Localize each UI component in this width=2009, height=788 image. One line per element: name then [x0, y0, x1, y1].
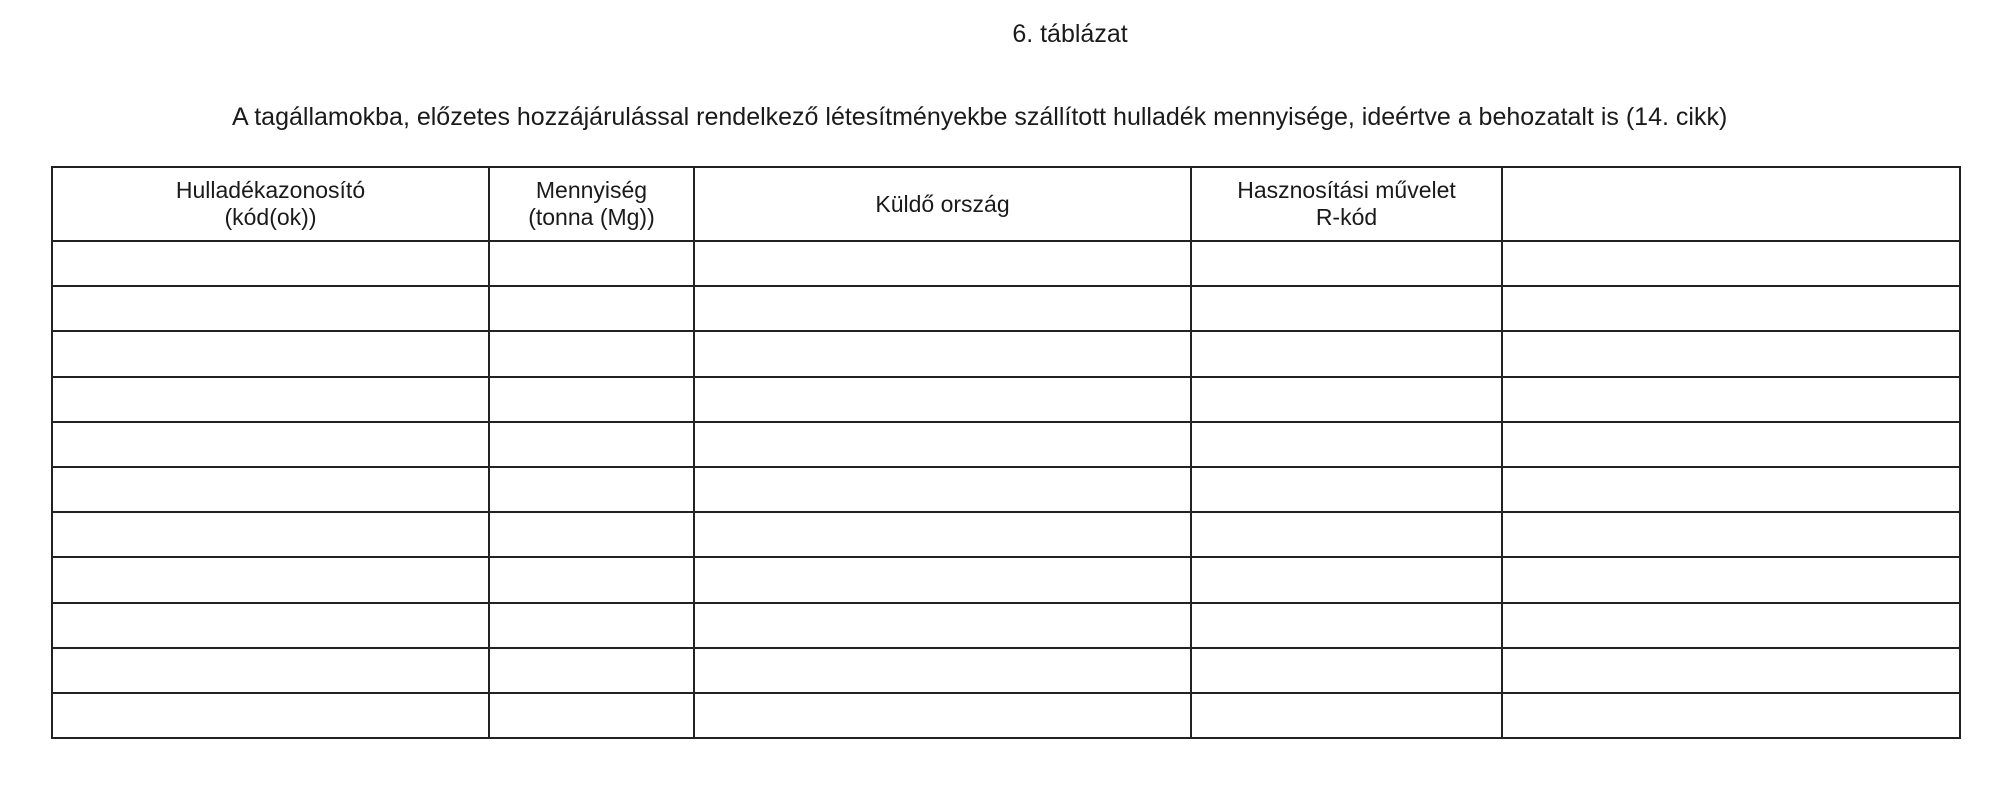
- table-cell[interactable]: [52, 512, 489, 557]
- table-cell[interactable]: [1502, 422, 1960, 467]
- table-cell[interactable]: [52, 648, 489, 693]
- table-row: [52, 512, 1960, 557]
- table-row: [52, 648, 1960, 693]
- table-cell[interactable]: [1502, 557, 1960, 602]
- table-cell[interactable]: [1191, 603, 1502, 648]
- table-row: [52, 286, 1960, 331]
- table-cell[interactable]: [52, 467, 489, 512]
- table-cell[interactable]: [1502, 377, 1960, 422]
- table-cell[interactable]: [1191, 286, 1502, 331]
- table-cell[interactable]: [52, 241, 489, 286]
- table-title: 6. táblázat: [0, 19, 2009, 49]
- header-sending-country: Küldő ország: [694, 167, 1191, 241]
- table-cell[interactable]: [52, 422, 489, 467]
- table-cell[interactable]: [694, 603, 1191, 648]
- table-cell[interactable]: [489, 286, 694, 331]
- table-cell[interactable]: [489, 241, 694, 286]
- table-cell[interactable]: [1191, 331, 1502, 376]
- table-cell[interactable]: [1502, 467, 1960, 512]
- table-cell[interactable]: [52, 377, 489, 422]
- table-cell[interactable]: [694, 467, 1191, 512]
- table-header-row: Hulladékazonosító (kód(ok)) Mennyiség (t…: [52, 167, 1960, 241]
- table-row: [52, 422, 1960, 467]
- header-quantity: Mennyiség (tonna (Mg)): [489, 167, 694, 241]
- table-cell[interactable]: [1191, 422, 1502, 467]
- table-cell[interactable]: [1502, 286, 1960, 331]
- table-cell[interactable]: [489, 603, 694, 648]
- header-waste-code: Hulladékazonosító (kód(ok)): [52, 167, 489, 241]
- waste-shipment-table: Hulladékazonosító (kód(ok)) Mennyiség (t…: [51, 166, 1961, 739]
- table-cell[interactable]: [489, 512, 694, 557]
- table-caption: A tagállamokba, előzetes hozzájárulással…: [232, 102, 1727, 132]
- table-cell[interactable]: [694, 377, 1191, 422]
- table-cell[interactable]: [694, 693, 1191, 738]
- table-cell[interactable]: [52, 693, 489, 738]
- table-cell[interactable]: [489, 557, 694, 602]
- table-cell[interactable]: [1502, 331, 1960, 376]
- table-cell[interactable]: [1191, 241, 1502, 286]
- table-cell[interactable]: [694, 648, 1191, 693]
- table-row: [52, 603, 1960, 648]
- table-cell[interactable]: [489, 377, 694, 422]
- table-cell[interactable]: [52, 286, 489, 331]
- table-cell[interactable]: [489, 331, 694, 376]
- table-cell[interactable]: [694, 286, 1191, 331]
- table-cell[interactable]: [694, 241, 1191, 286]
- table-cell[interactable]: [489, 422, 694, 467]
- table-cell[interactable]: [1191, 557, 1502, 602]
- table-cell[interactable]: [694, 331, 1191, 376]
- table-row: [52, 557, 1960, 602]
- table-cell[interactable]: [1502, 693, 1960, 738]
- table-body: [52, 241, 1960, 738]
- header-blank: [1502, 167, 1960, 241]
- table-cell[interactable]: [1502, 512, 1960, 557]
- table-row: [52, 241, 1960, 286]
- table-cell[interactable]: [1191, 467, 1502, 512]
- table-cell[interactable]: [489, 467, 694, 512]
- table-cell[interactable]: [1191, 693, 1502, 738]
- table-row: [52, 467, 1960, 512]
- table-cell[interactable]: [52, 331, 489, 376]
- table-cell[interactable]: [489, 648, 694, 693]
- table-cell[interactable]: [489, 693, 694, 738]
- table-cell[interactable]: [52, 603, 489, 648]
- table-row: [52, 377, 1960, 422]
- table-cell[interactable]: [1502, 603, 1960, 648]
- table-cell[interactable]: [694, 557, 1191, 602]
- table-row: [52, 331, 1960, 376]
- table-cell[interactable]: [52, 557, 489, 602]
- table-cell[interactable]: [1191, 377, 1502, 422]
- table-cell[interactable]: [694, 512, 1191, 557]
- table-cell[interactable]: [1191, 512, 1502, 557]
- table-cell[interactable]: [1502, 241, 1960, 286]
- header-recovery-operation: Hasznosítási művelet R-kód: [1191, 167, 1502, 241]
- table-cell[interactable]: [1191, 648, 1502, 693]
- table-row: [52, 693, 1960, 738]
- table-cell[interactable]: [694, 422, 1191, 467]
- table-cell[interactable]: [1502, 648, 1960, 693]
